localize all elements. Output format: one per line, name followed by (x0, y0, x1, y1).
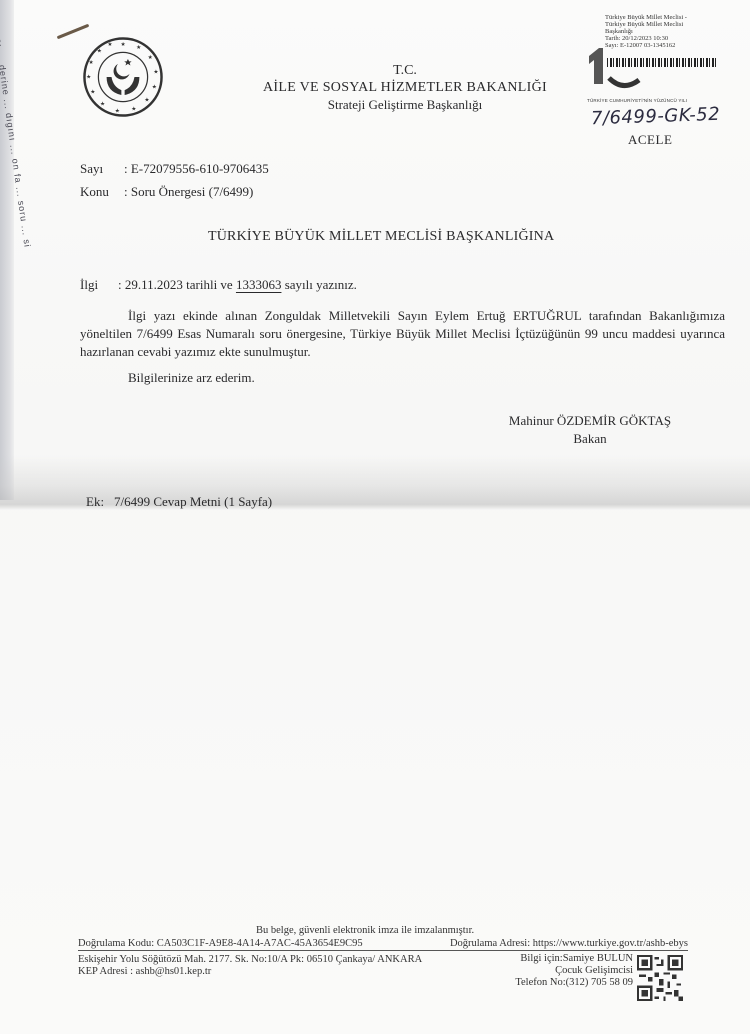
letter-body: İlgi yazı ekinde alınan Zonguldak Millet… (80, 307, 725, 361)
country-label: T.C. (240, 62, 570, 79)
body-paragraph: İlgi yazı ekinde alınan Zonguldak Millet… (80, 307, 725, 361)
svg-text:★: ★ (97, 47, 102, 54)
subject: Konu: Soru Önergesi (7/6499) (80, 184, 253, 200)
reference-line: İlgi: 29.11.2023 tarihli ve 1333063 sayı… (80, 277, 357, 293)
sayi-value: : E-72079556-610-9706435 (124, 161, 269, 176)
closing-line: Bilgilerinize arz ederim. (128, 370, 255, 386)
verification-address-link[interactable]: Doğrulama Adresi: https://www.turkiye.go… (450, 938, 688, 950)
sayi-label: Sayı (80, 161, 124, 177)
ministry-name: AİLE VE SOSYAL HİZMETLER BAKANLIĞI (240, 79, 570, 96)
svg-text:★: ★ (153, 69, 158, 76)
svg-text:★: ★ (131, 106, 136, 113)
attachment-value: 7/6499 Cevap Metni (1 Sayfa) (114, 494, 272, 509)
contact-title: Çocuk Gelişimcisi (515, 965, 633, 977)
svg-text:★: ★ (90, 88, 95, 95)
kep-address: KEP Adresi : ashb@hs01.kep.tr (78, 966, 211, 978)
qr-code-icon (637, 955, 683, 1001)
contact-phone: Telefon No:(312) 705 58 09 (515, 977, 633, 989)
addressee: TÜRKİYE BÜYÜK MİLLET MECLİSİ BAŞKANLIĞIN… (208, 229, 554, 245)
signature-block: Mahinur ÖZDEMİR GÖKTAŞ Bakan (500, 412, 680, 448)
letterhead: T.C. AİLE VE SOSYAL HİZMETLER BAKANLIĞI … (240, 62, 570, 113)
svg-text:★: ★ (115, 107, 120, 114)
konu-label: Konu (80, 184, 124, 200)
handwritten-note: 7/6499-GK-52 (591, 104, 721, 129)
svg-text:★: ★ (136, 44, 141, 51)
svg-text:★: ★ (107, 41, 112, 48)
svg-text:★: ★ (89, 59, 94, 66)
previous-page-edge-text: n. agısı ... derine ... dıgını ... on fa… (0, 10, 33, 250)
ministry-emblem-icon: ★★★ ★★★ ★★★ ★★★ ★★ (82, 36, 164, 118)
verification-row: Doğrulama Kodu: CA503C1F-A9E8-4A14-A7AC-… (78, 938, 688, 951)
ilgi-number: 1333063 (236, 277, 282, 292)
centennial-100-icon (585, 42, 665, 92)
attachment-line: Ek:7/6499 Cevap Metni (1 Sayfa) (86, 494, 272, 510)
signatory-name: Mahinur ÖZDEMİR GÖKTAŞ (500, 412, 680, 430)
document-page: n. agısı ... derine ... dıgını ... on fa… (0, 0, 750, 1034)
esign-notice: Bu belge, güvenli elektronik imza ile im… (256, 925, 474, 937)
reference-number: Sayı: E-72079556-610-9706435 (80, 161, 269, 177)
centennial-caption: TÜRKİYE CUMHURİYETİ'NİN YÜZÜNCÜ YILI (587, 98, 687, 103)
contact-info: Bilgi için:Samiye BULUN Çocuk Gelişimcis… (515, 953, 633, 989)
svg-text:★: ★ (86, 74, 91, 81)
ilgi-label: İlgi (80, 277, 118, 293)
attachment-label: Ek: (86, 494, 114, 510)
contact-person: Bilgi için:Samiye BULUN (515, 953, 633, 965)
svg-text:★: ★ (121, 41, 126, 48)
svg-text:★: ★ (148, 54, 153, 61)
svg-text:★: ★ (152, 83, 157, 90)
barcode (607, 58, 717, 67)
konu-value: : Soru Önergesi (7/6499) (124, 184, 253, 199)
previous-page-edge: n. agısı ... derine ... dıgını ... on fa… (0, 0, 14, 500)
department-name: Strateji Geliştirme Başkanlığı (240, 96, 570, 113)
urgency-label: ACELE (628, 132, 672, 148)
signatory-title: Bakan (500, 430, 680, 448)
postal-address: Eskişehir Yolu Söğütözü Mah. 2177. Sk. N… (78, 954, 422, 966)
svg-text:★: ★ (100, 101, 105, 108)
verification-code: Doğrulama Kodu: CA503C1F-A9E8-4A14-A7AC-… (78, 938, 363, 950)
svg-text:★: ★ (144, 97, 149, 104)
